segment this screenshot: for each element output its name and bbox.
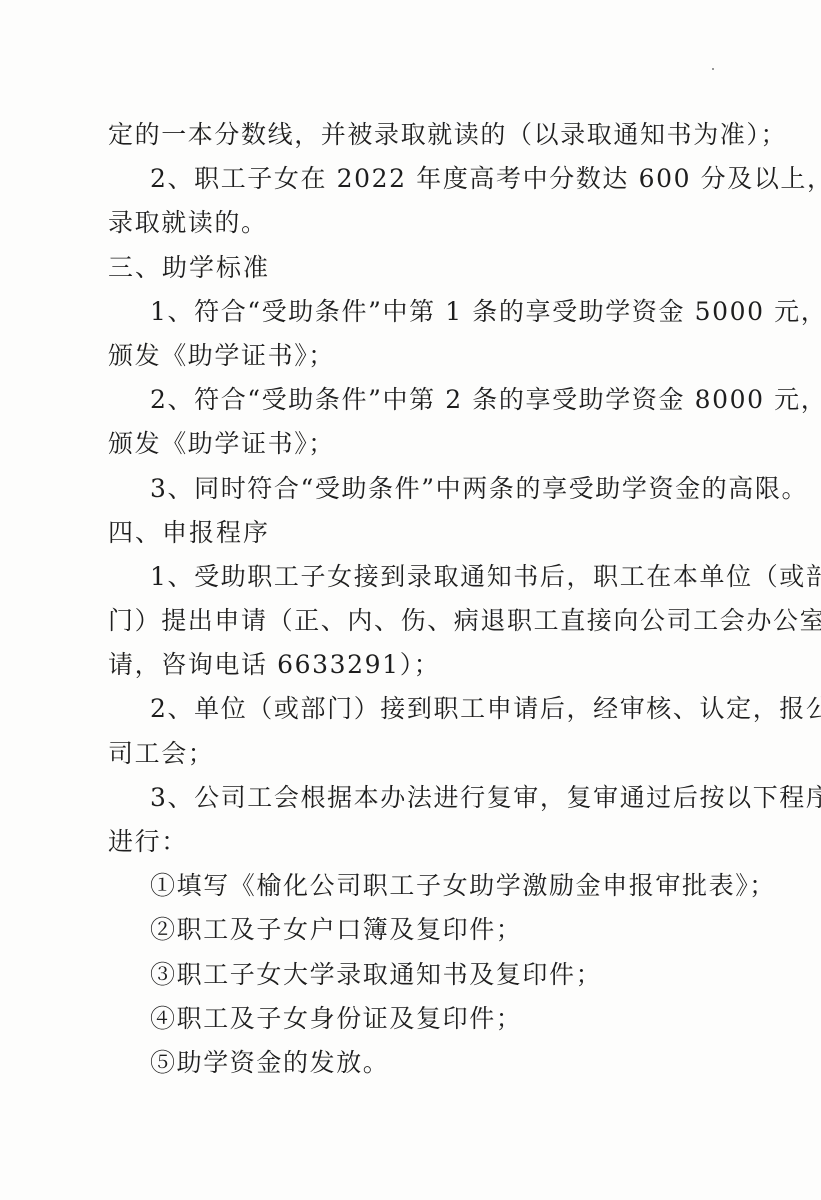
text-line-procedure-1-continued: 门）提出申请（正、内、伤、病退职工直接向公司工会办公室申	[108, 599, 726, 643]
text-line-procedure-3: 3、公司工会根据本办法进行复审，复审通过后按以下程序	[108, 776, 726, 820]
section-heading-application-procedure: 四、申报程序	[108, 511, 732, 555]
text-line-procedure-3-continued: 进行：	[108, 820, 732, 864]
text-line-procedure-2: 2、单位（或部门）接到职工申请后，经审核、认定，报公	[108, 687, 726, 731]
sub-item-fill-form: ①填写《榆化公司职工子女助学激励金申报审批表》；	[108, 864, 732, 908]
text-line-standard-2: 2、符合“受助条件”中第 2 条的享受助学资金 8000 元，并	[108, 378, 726, 422]
sub-item-admission-notice: ③职工子女大学录取通知书及复印件；	[108, 953, 732, 997]
text-line-standard-1-continued: 颁发《助学证书》；	[108, 334, 732, 378]
document-body: 定的一本分数线，并被录取就读的（以录取通知书为准）； 2、职工子女在 2022 …	[108, 113, 732, 1085]
text-line-standard-3: 3、同时符合“受助条件”中两条的享受助学资金的高限。	[108, 467, 732, 511]
text-line-procedure-1-phone: 请，咨询电话 6633291）；	[108, 643, 732, 687]
text-line-procedure-2-continued: 司工会；	[108, 732, 732, 776]
text-line-standard-1: 1、符合“受助条件”中第 1 条的享受助学资金 5000 元，并	[108, 290, 726, 334]
sub-item-household-register: ②职工及子女户口簿及复印件；	[108, 908, 732, 952]
sub-item-fund-disbursement: ⑤助学资金的发放。	[108, 1041, 732, 1085]
text-line-criteria-2: 2、职工子女在 2022 年度高考中分数达 600 分及以上，并被	[108, 157, 726, 201]
text-line-standard-2-continued: 颁发《助学证书》；	[108, 422, 732, 466]
text-line-procedure-1: 1、受助职工子女接到录取通知书后，职工在本单位（或部	[108, 555, 726, 599]
scanned-document-page: 定的一本分数线，并被录取就读的（以录取通知书为准）； 2、职工子女在 2022 …	[0, 0, 821, 1200]
scan-speck	[712, 68, 714, 70]
section-heading-aid-standard: 三、助学标准	[108, 246, 732, 290]
text-line-criteria-1-continued: 定的一本分数线，并被录取就读的（以录取通知书为准）；	[108, 113, 732, 157]
sub-item-id-card: ④职工及子女身份证及复印件；	[108, 997, 732, 1041]
text-line-criteria-2-continued: 录取就读的。	[108, 201, 732, 245]
